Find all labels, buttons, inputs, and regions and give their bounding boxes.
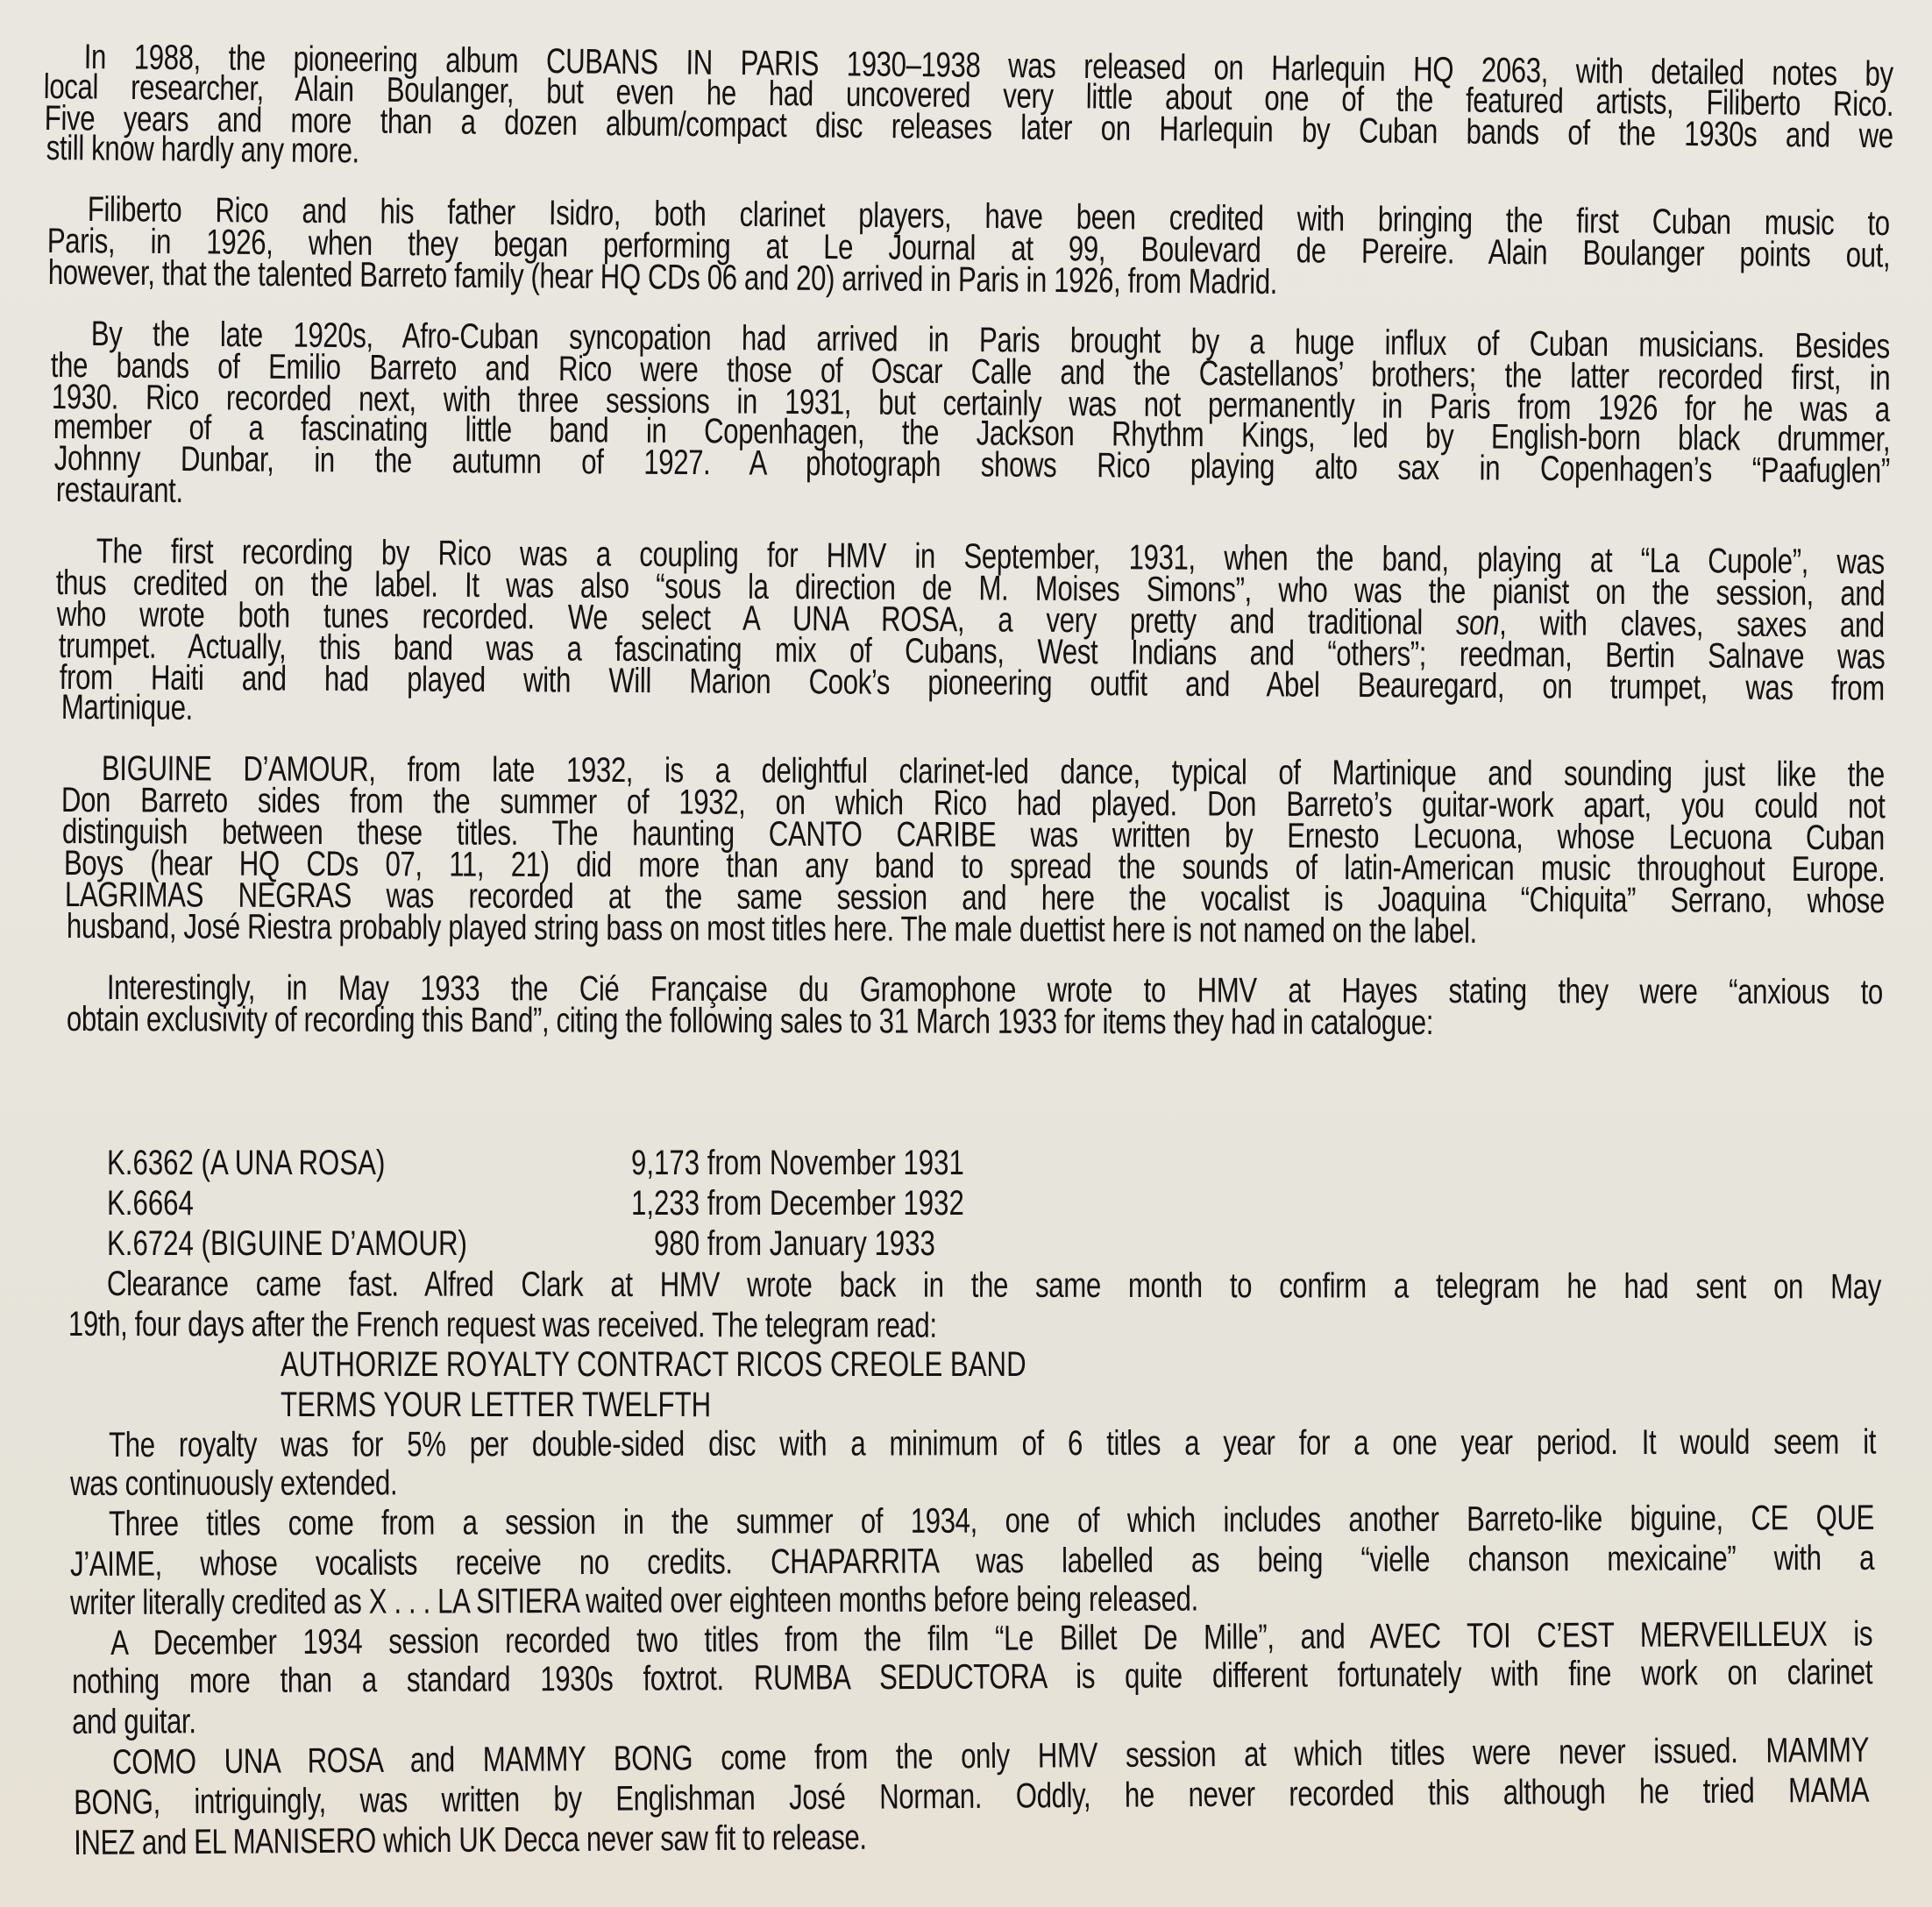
- telegram-line: TERMS YOUR LETTER TWELFTH: [281, 1385, 711, 1425]
- paragraph-line: nothing more than a standard 1930s foxtr…: [72, 1652, 1872, 1702]
- sales-catalogue-number: K.6362 (A UNA ROSA): [107, 1143, 385, 1183]
- paragraph-line: was continuously extended.: [70, 1463, 397, 1504]
- sales-figure: 980 from January 1933: [654, 1223, 935, 1264]
- paragraph-line: The royalty was for 5% per double-sided …: [109, 1421, 1876, 1465]
- sales-catalogue-number: K.6724 (BIGUINE D’AMOUR): [107, 1223, 467, 1264]
- paragraph-line: Three titles come from a session in the …: [109, 1498, 1874, 1544]
- paragraph-line: 19th, four days after the French request…: [68, 1304, 937, 1346]
- paragraph-line: and guitar.: [72, 1701, 196, 1742]
- paragraph-line: J’AIME, whose vocalists receive no credi…: [70, 1538, 1874, 1584]
- paragraph-line: still know hardly any more.: [46, 128, 359, 171]
- paragraph-line: Martinique.: [60, 687, 192, 728]
- paragraph-line: husband, José Riestra probably played st…: [66, 906, 1476, 952]
- paragraph-line: writer literally credited as X . . . LA …: [70, 1579, 1198, 1623]
- sales-figure: 1,233 from December 1932: [631, 1183, 964, 1223]
- paragraph-line: restaurant.: [55, 470, 182, 511]
- sales-catalogue-number: K.6664: [107, 1183, 194, 1223]
- telegram-line: AUTHORIZE ROYALTY CONTRACT RICOS CREOLE …: [281, 1344, 1026, 1385]
- paragraph-line: INEZ and EL MANISERO which UK Decca neve…: [74, 1818, 867, 1863]
- paragraph-line: Clearance came fast. Alfred Clark at HMV…: [107, 1264, 1881, 1308]
- paragraph-line: obtain exclusivity of recording this Ban…: [66, 999, 1432, 1043]
- sales-figure: 9,173 from November 1931: [631, 1143, 964, 1183]
- liner-notes-page: In 1988, the pioneering album CUBANS IN …: [0, 0, 1932, 1907]
- paragraph-line: however, that the talented Barreto famil…: [48, 252, 1278, 302]
